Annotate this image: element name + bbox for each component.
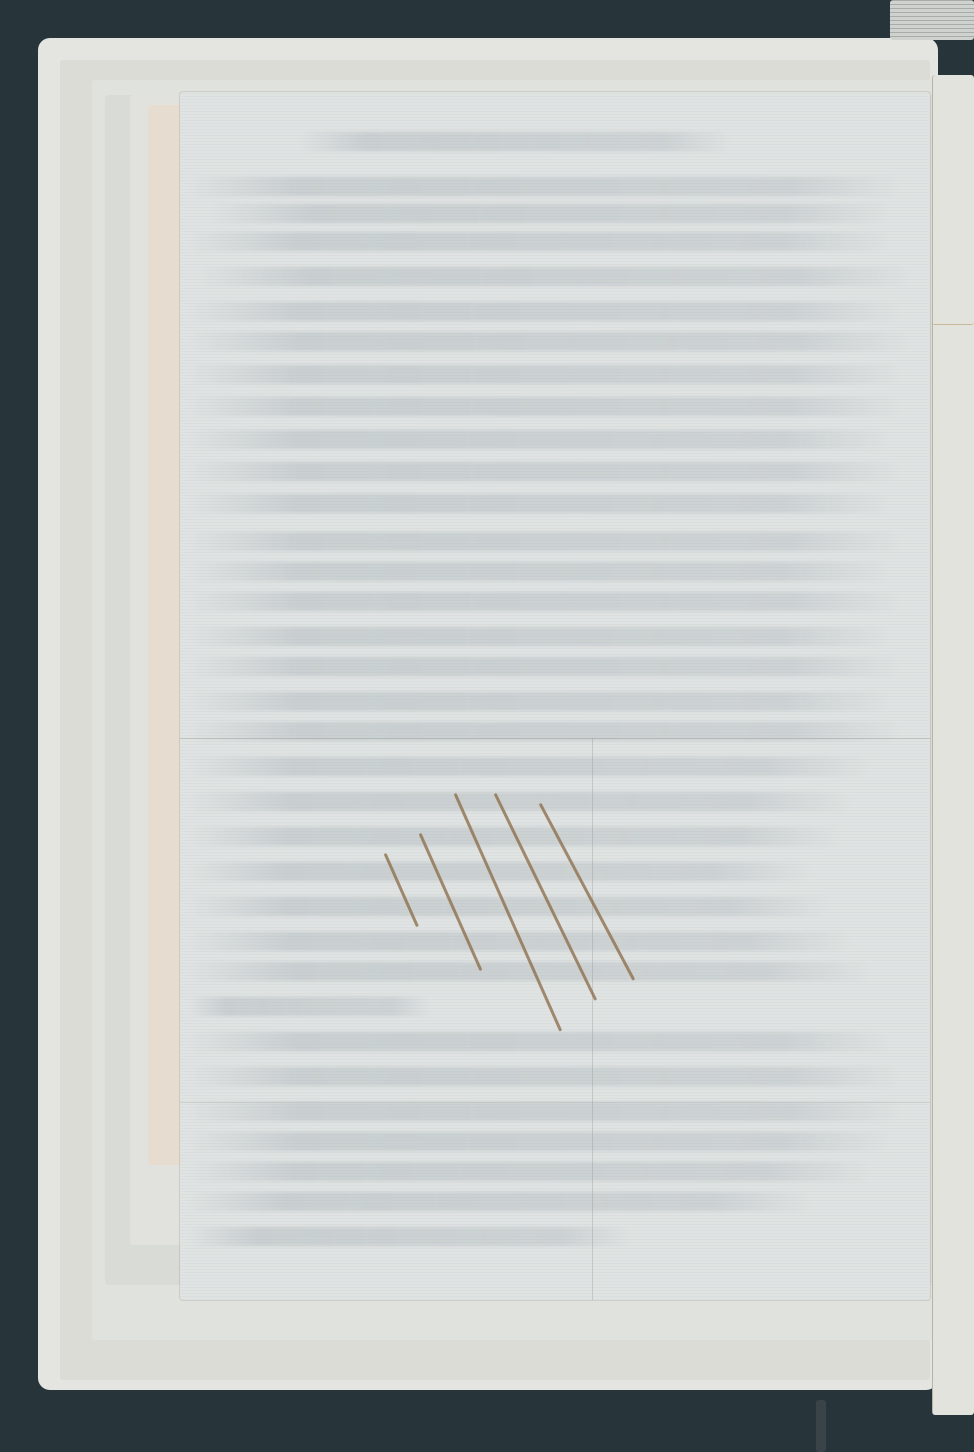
page-stack-edge [890,0,974,40]
letter-sheet [180,92,930,1300]
binding-edge [816,1400,826,1452]
fold-line-vertical [592,738,593,1300]
right-page-inset [932,75,974,325]
